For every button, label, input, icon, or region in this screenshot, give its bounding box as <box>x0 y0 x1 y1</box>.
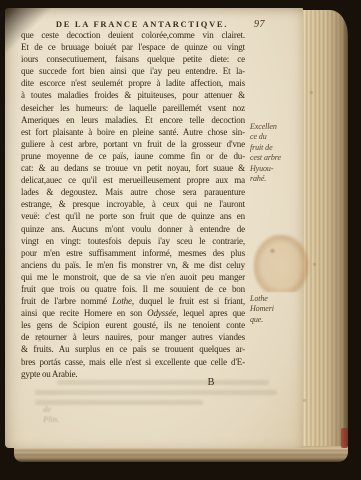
bleedthrough-line <box>57 380 269 385</box>
margin-note-line: que. <box>250 315 302 325</box>
foxing-specks <box>5 8 6 9</box>
margin-note-line: fruit de <box>250 143 302 153</box>
text-line: quinze ans. Aucuns m'ont voulu donner à … <box>21 223 245 235</box>
text-line: qui me le monstroit, que de sa vie n'en … <box>21 271 245 283</box>
text-line: lades & degoustez. Mais autre chose sera… <box>21 186 245 198</box>
text-line: delicat,auec ce qu'il est merueilleuseme… <box>21 174 245 186</box>
text-line: cat: & au dedans se trouue vn petit noya… <box>21 162 245 174</box>
bleedthrough-fragment: de Plin. <box>43 404 59 424</box>
text-line: de retourner à leurs nauires, pour mange… <box>21 331 245 343</box>
body-text: que ceste decoction deuient colorée,comm… <box>21 29 245 380</box>
book-bottom-edge <box>14 446 348 462</box>
paper-stain-dot <box>269 248 276 254</box>
fore-edge-red-mark <box>341 428 348 448</box>
margin-note-line: rahé. <box>250 174 302 184</box>
text-line: iours consecutiuement, faisans quelque p… <box>21 53 245 65</box>
text-line: estrange, & presque incroyable, à ceux q… <box>21 198 245 210</box>
margin-note-line: cest arbre <box>250 153 302 163</box>
margin-note-line: Homeri <box>250 304 302 314</box>
text-line: Et de ce bruuage boiuét par l'espace de … <box>21 41 245 53</box>
text-line: prune moyenne de ce païs, iaune comme fi… <box>21 150 245 162</box>
text-line: les gens de Scipion eurent gousté, ils n… <box>21 319 245 331</box>
margin-note: LotheHomerique. <box>250 294 302 325</box>
bleedthrough-line <box>35 390 277 395</box>
margin-note-line: ce du <box>250 132 302 142</box>
paper-stain <box>253 234 309 292</box>
text-line: pour m'en estre suffisamment informé, me… <box>21 247 245 259</box>
text-line: anciens du païs. Ie m'en fis monstrer vn… <box>21 259 245 271</box>
text-line: deseicher les humeurs: de laquelle parei… <box>21 102 245 114</box>
text-line: que succede fort bien ainsi que i'ay peu… <box>21 65 245 77</box>
text-line: est fort plaisante à boire en pleine san… <box>21 126 245 138</box>
text-line: & fruits. Au surplus en ce païs se trouu… <box>21 343 245 355</box>
text-line: guliere à cest arbre, portant vn fruit d… <box>21 138 245 150</box>
text-line: Ameriques en leurs maladies. Et encore t… <box>21 114 245 126</box>
page-number: 97 <box>254 19 265 30</box>
text-line: vingt en vingt: toutesfois depuis i'ay s… <box>21 235 245 247</box>
margin-note-line: Excellen <box>250 122 302 132</box>
text-line: que ceste decoction deuient colorée,comm… <box>21 29 245 41</box>
margin-note: Excellence dufruit decest arbreHyuou-rah… <box>250 122 302 184</box>
margin-note-line: Hyuou- <box>250 164 302 174</box>
book-photo: DE LA FRANCE ANTARCTIQVE. 97 que ceste d… <box>0 0 361 480</box>
running-header: DE LA FRANCE ANTARCTIQVE. <box>47 19 237 29</box>
text-line: bres portás casse, mais elle n'est si ex… <box>21 356 245 368</box>
text-line: dite escorce n'est seulemét propre à lad… <box>21 77 245 89</box>
text-line: fruit que trois ou quatre fois. Il me so… <box>21 283 245 295</box>
text-line: veuë: c'est qu'il ne porte son fruit que… <box>21 210 245 222</box>
text-line: ainsi que recite Homere en son Odyssée, … <box>21 307 245 319</box>
text-line: fruit de l'arbre nommé Lothe, duquel le … <box>21 295 245 307</box>
margin-note-line: Lothe <box>250 294 302 304</box>
bleedthrough-line <box>35 400 203 405</box>
book-page: DE LA FRANCE ANTARCTIQVE. 97 que ceste d… <box>5 8 303 448</box>
text-line: à toutes maladies froides & pituiteuses,… <box>21 89 245 101</box>
